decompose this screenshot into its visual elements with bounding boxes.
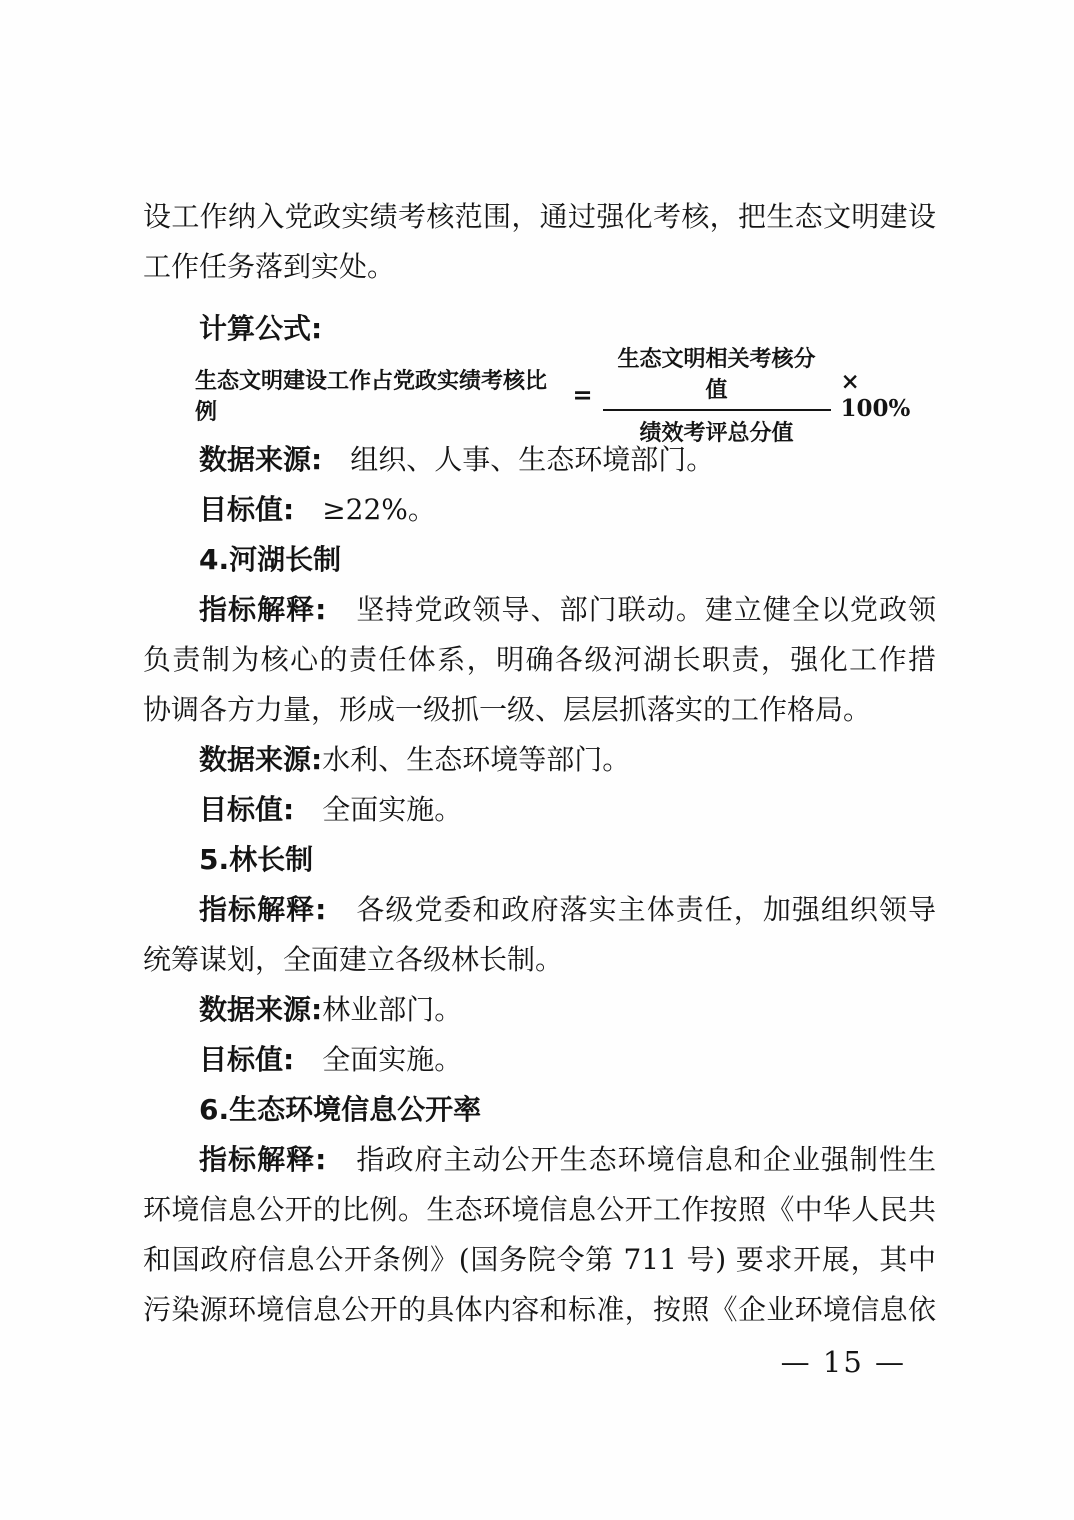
indicator-4-title: 4.河湖长制: [199, 543, 341, 576]
page-content: 设工作纳入党政实绩考核范围，通过强化考核，把生态文明建设 工作任务落到实处。 计…: [143, 192, 936, 1335]
target-value: ≥22%。: [294, 493, 436, 526]
target-label: 目标值:: [199, 1043, 294, 1076]
data-source-line: 数据来源:水利、生态环境等部门。: [143, 735, 936, 785]
indicator-6-heading: 6.生态环境信息公开率: [143, 1085, 936, 1135]
explain-line: 指标解释: 各级党委和政府落实主体责任，加强组织领导和: [143, 885, 936, 935]
fraction: 生态文明相关考核分值 绩效考评总分值: [603, 342, 831, 447]
explain-label: 指标解释:: [199, 593, 326, 626]
explain-line: 环境信息公开的比例。生态环境信息公开工作按照《中华人民共: [143, 1185, 936, 1235]
intro-line: 设工作纳入党政实绩考核范围，通过强化考核，把生态文明建设: [143, 192, 936, 242]
explain-line: 指标解释: 指政府主动公开生态环境信息和企业强制性生态: [143, 1135, 936, 1185]
explain-line: 统筹谋划，全面建立各级林长制。: [143, 935, 936, 985]
indicator-5-title: 5.林长制: [199, 843, 313, 876]
intro-line: 工作任务落到实处。: [143, 242, 936, 292]
explain-line: 和国政府信息公开条例》(国务院令第 711 号) 要求开展，其中: [143, 1235, 936, 1285]
target-label: 目标值:: [199, 493, 294, 526]
explain-line: 协调各方力量，形成一级抓一级、层层抓落实的工作格局。: [143, 685, 936, 735]
target-line: 目标值: ≥22%。: [143, 485, 936, 535]
explain-line: 指标解释: 坚持党政领导、部门联动。建立健全以党政领导: [143, 585, 936, 635]
page-number: — 15 —: [781, 1342, 906, 1382]
formula-multiplier: × 100%: [841, 368, 936, 422]
target-value: 全面实施。: [294, 793, 462, 826]
explain-line: 负责制为核心的责任体系，明确各级河湖长职责，强化工作措施，: [143, 635, 936, 685]
data-source-value: 水利、生态环境等部门。: [322, 743, 630, 776]
calc-formula-label: 计算公式:: [199, 312, 322, 345]
explain-line: 污染源环境信息公开的具体内容和标准，按照《企业环境信息依: [143, 1285, 936, 1335]
data-source-value: 林业部门。: [322, 993, 462, 1026]
fraction-numerator: 生态文明相关考核分值: [603, 342, 831, 411]
target-line: 目标值: 全面实施。: [143, 1035, 936, 1085]
data-source-label: 数据来源:: [199, 743, 322, 776]
equals-sign: =: [572, 380, 592, 409]
data-source-value: 组织、人事、生态环境部门。: [322, 443, 714, 476]
formula: 生态文明建设工作占党政实绩考核比例 = 生态文明相关考核分值 绩效考评总分值 ×…: [143, 354, 936, 435]
formula-lhs: 生态文明建设工作占党政实绩考核比例: [195, 364, 562, 426]
indicator-4-heading: 4.河湖长制: [143, 535, 936, 585]
explain-label: 指标解释:: [199, 1143, 326, 1176]
data-source-label: 数据来源:: [199, 443, 322, 476]
indicator-6-title: 6.生态环境信息公开率: [199, 1093, 481, 1126]
target-label: 目标值:: [199, 793, 294, 826]
indicator-5-heading: 5.林长制: [143, 835, 936, 885]
target-line: 目标值: 全面实施。: [143, 785, 936, 835]
explain-label: 指标解释:: [199, 893, 326, 926]
document-page: 设工作纳入党政实绩考核范围，通过强化考核，把生态文明建设 工作任务落到实处。 计…: [0, 0, 1074, 1520]
data-source-label: 数据来源:: [199, 993, 322, 1026]
target-value: 全面实施。: [294, 1043, 462, 1076]
data-source-line: 数据来源:林业部门。: [143, 985, 936, 1035]
